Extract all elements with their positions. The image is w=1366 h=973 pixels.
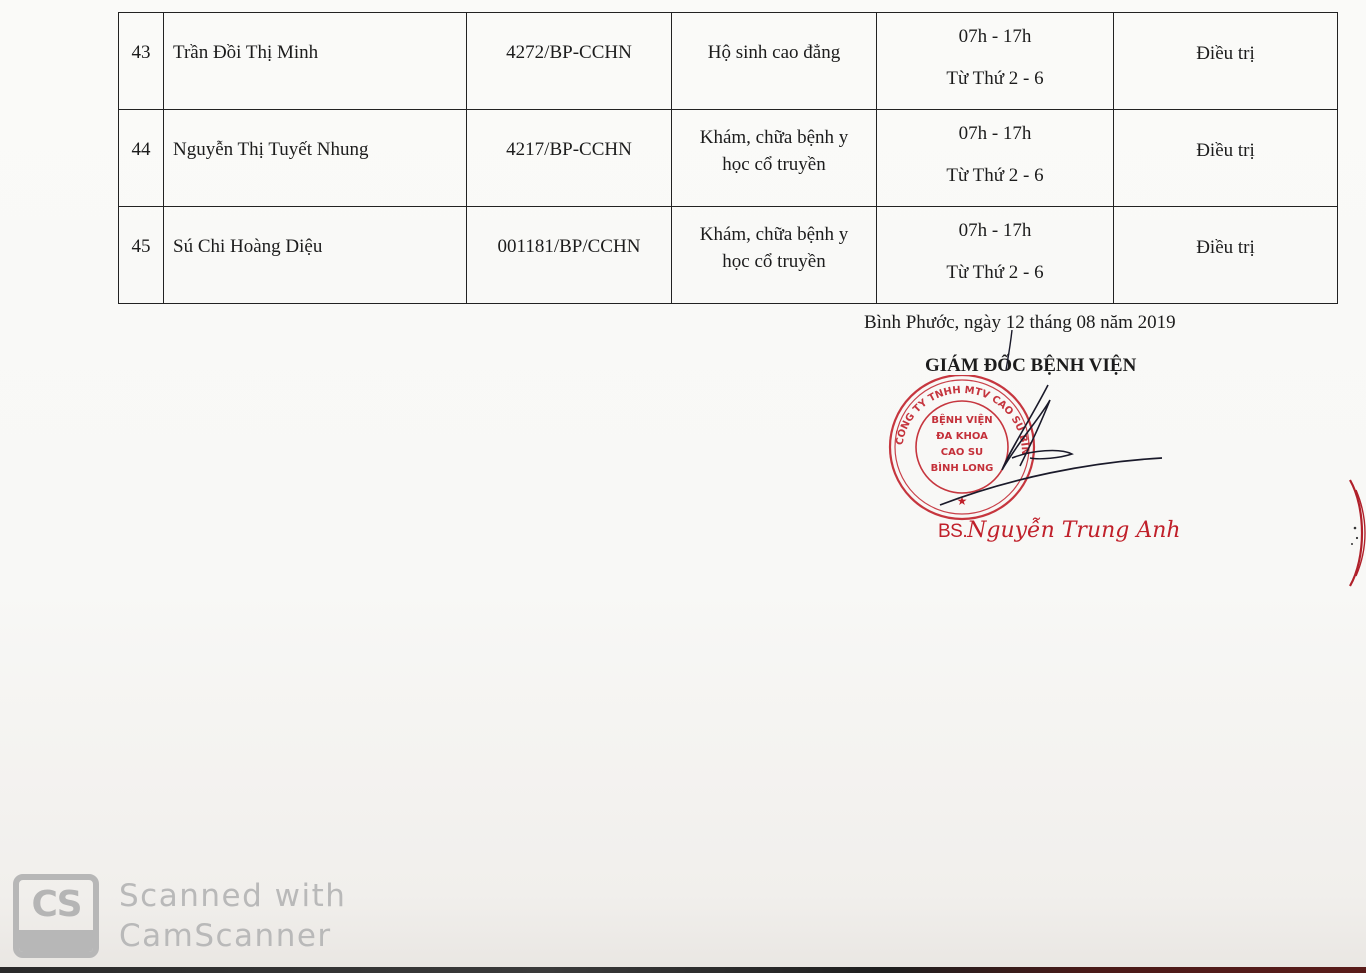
scope-cell: Khám, chữa bệnh yhọc cổ truyền (672, 110, 877, 207)
table-row: 43 Trần Đồi Thị Minh 4272/BP-CCHN Hộ sin… (119, 13, 1338, 110)
camscanner-logo-icon: CS (13, 874, 99, 958)
scope-cell: Khám, chữa bệnh yhọc cổ truyền (672, 207, 877, 304)
schedule-cell: 07h - 17h Từ Thứ 2 - 6 (877, 110, 1114, 207)
certificate-number: 4272/BP-CCHN (467, 13, 671, 65)
staff-name: Nguyễn Thị Tuyết Nhung (164, 110, 466, 162)
watermark-line-2: CamScanner (119, 916, 346, 956)
certificate-cell: 4217/BP-CCHN (467, 110, 672, 207)
table-row: 45 Sú Chi Hoàng Diệu 001181/BP/CCHN Khám… (119, 207, 1338, 304)
certificate-number: 001181/BP/CCHN (467, 207, 671, 259)
working-days: Từ Thứ 2 - 6 (877, 58, 1113, 100)
name-cell: Nguyễn Thị Tuyết Nhung (164, 110, 467, 207)
partial-stamp-icon (1330, 478, 1366, 588)
department: Điều trị (1114, 110, 1337, 162)
schedule-cell: 07h - 17h Từ Thứ 2 - 6 (877, 13, 1114, 110)
department: Điều trị (1114, 13, 1337, 65)
certificate-cell: 001181/BP/CCHN (467, 207, 672, 304)
page-bottom-edge (0, 967, 1366, 973)
certificate-number: 4217/BP-CCHN (467, 110, 671, 162)
scope-line: học cổ truyền (672, 151, 876, 178)
working-days: Từ Thứ 2 - 6 (877, 252, 1113, 294)
table-row: 44 Nguyễn Thị Tuyết Nhung 4217/BP-CCHN K… (119, 110, 1338, 207)
name-cell: Trần Đồi Thị Minh (164, 13, 467, 110)
name-cell: Sú Chi Hoàng Diệu (164, 207, 467, 304)
staff-name: Trần Đồi Thị Minh (164, 13, 466, 65)
scanned-page: 43 Trần Đồi Thị Minh 4272/BP-CCHN Hộ sin… (0, 0, 1366, 973)
scope-line: Khám, chữa bệnh y (672, 221, 876, 248)
row-number-cell: 45 (119, 207, 164, 304)
scope-cell: Hộ sinh cao đẳng (672, 13, 877, 110)
working-hours: 07h - 17h (877, 210, 1113, 252)
row-number-cell: 44 (119, 110, 164, 207)
scope-line: Hộ sinh cao đẳng (672, 41, 876, 65)
scope-line: Khám, chữa bệnh y (672, 124, 876, 151)
department-cell: Điều trị (1114, 207, 1338, 304)
working-hours: 07h - 17h (877, 113, 1113, 155)
signer-name: BS.Nguyễn Trung Anh (938, 518, 1181, 543)
certificate-cell: 4272/BP-CCHN (467, 13, 672, 110)
row-number: 43 (119, 13, 163, 65)
department: Điều trị (1114, 207, 1337, 259)
watermark-line-1: Scanned with (119, 876, 346, 916)
row-number-cell: 43 (119, 13, 164, 110)
staff-name: Sú Chi Hoàng Diệu (164, 207, 466, 259)
row-number: 45 (119, 207, 163, 259)
camscanner-watermark: CS Scanned with CamScanner (13, 874, 346, 958)
department-cell: Điều trị (1114, 110, 1338, 207)
staff-table: 43 Trần Đồi Thị Minh 4272/BP-CCHN Hộ sin… (118, 12, 1338, 304)
signature-icon (900, 330, 1170, 510)
department-cell: Điều trị (1114, 13, 1338, 110)
scope-line: học cổ truyền (672, 248, 876, 275)
row-number: 44 (119, 110, 163, 162)
working-hours: 07h - 17h (877, 16, 1113, 58)
working-days: Từ Thứ 2 - 6 (877, 155, 1113, 197)
schedule-cell: 07h - 17h Từ Thứ 2 - 6 (877, 207, 1114, 304)
